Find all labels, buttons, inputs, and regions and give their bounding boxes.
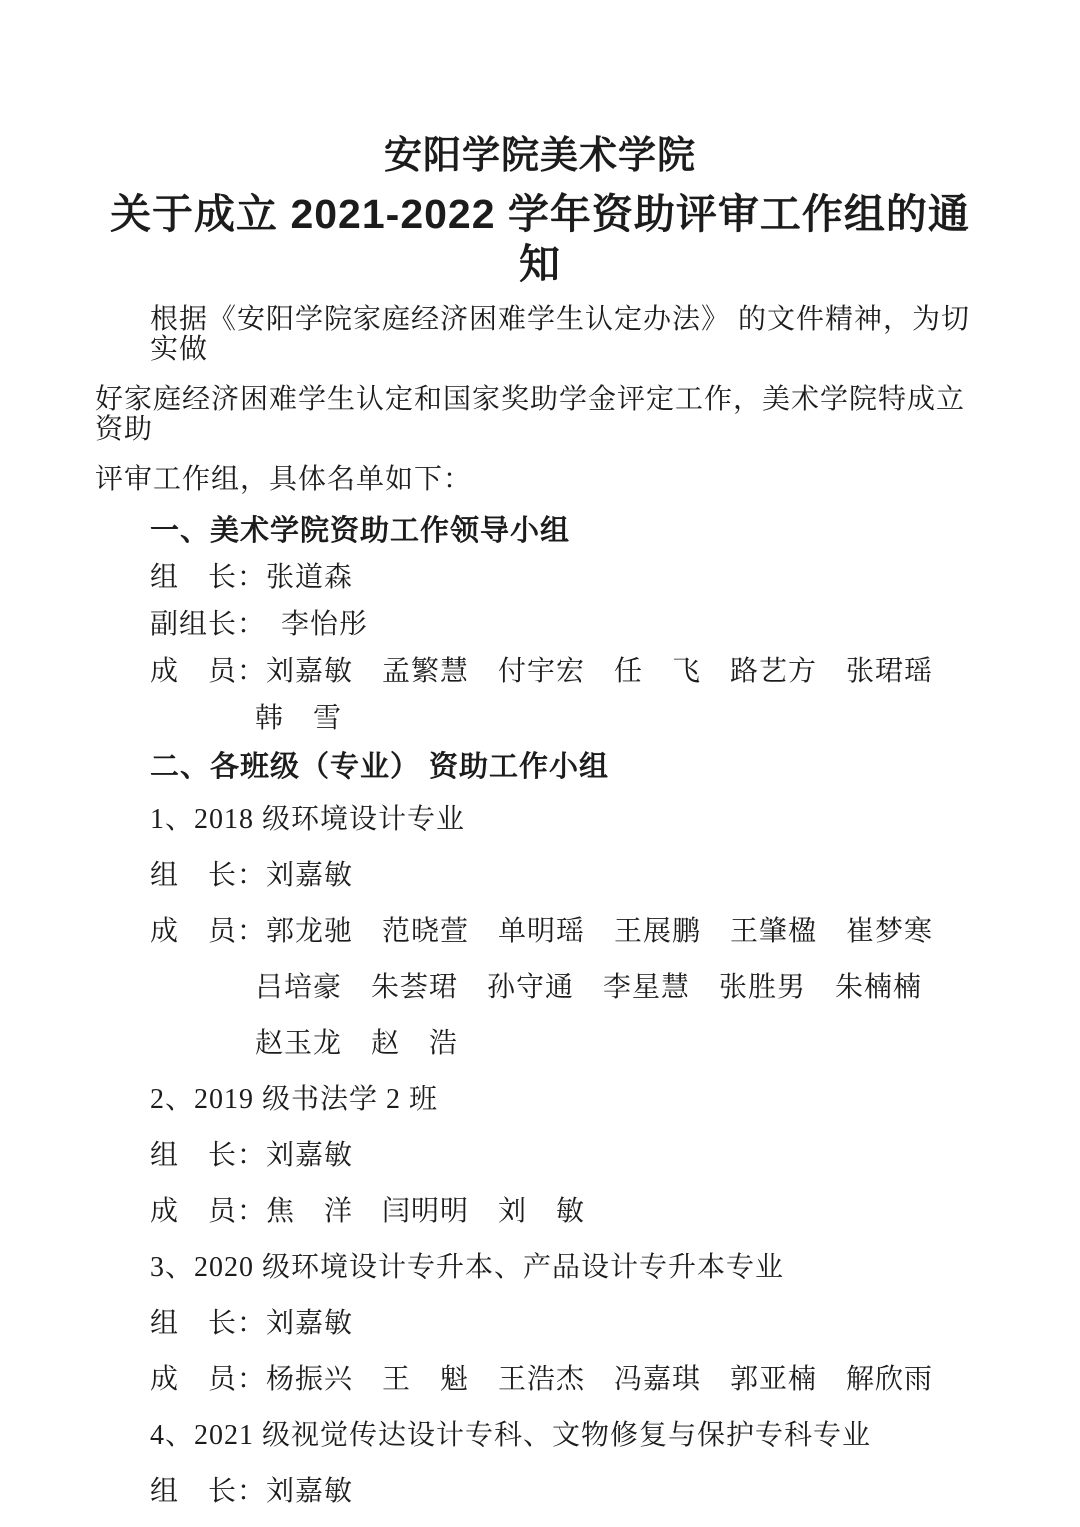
members-label: 成 员： (150, 1196, 266, 1227)
intro-line-1: 根据《安阳学院家庭经济困难学生认定办法》 的文件精神，为切实做 (95, 305, 985, 365)
section-one-heading: 一、美术学院资助工作领导小组 (95, 515, 985, 547)
group-4-leader-row: 组 长：刘嘉敏 (95, 1477, 985, 1507)
group-2-title: 2、2019 级书法学 2 班 (95, 1085, 985, 1115)
document-title-line2: 关于成立 2021-2022 学年资助评审工作组的通知 (95, 189, 985, 289)
leader-name: 刘嘉敏 (266, 1140, 353, 1171)
section-one-deputy-row: 副组长： 李怡彤 (95, 610, 985, 640)
leader-name: 张道森 (266, 562, 353, 593)
leader-name: 刘嘉敏 (266, 860, 353, 891)
members-label: 成 员： (150, 916, 266, 947)
leader-label: 组 长： (150, 860, 266, 891)
section-one-members-row-continued: 韩 雪 (95, 704, 985, 734)
section-one-leader-row: 组 长：张道森 (95, 563, 985, 593)
group-1-leader-row: 组 长：刘嘉敏 (95, 861, 985, 891)
leader-name: 刘嘉敏 (266, 1476, 353, 1507)
members-names: 刘嘉敏 孟繁慧 付宇宏 任 飞 路艺方 张珺瑶 (266, 656, 933, 687)
leader-label: 组 长： (150, 1308, 266, 1339)
deputy-name: 李怡彤 (252, 609, 368, 640)
group-3-leader-row: 组 长：刘嘉敏 (95, 1309, 985, 1339)
members-label: 成 员： (150, 656, 266, 687)
group-3-title: 3、2020 级环境设计专升本、产品设计专升本专业 (95, 1253, 985, 1283)
intro-line-3: 评审工作组，具体名单如下： (95, 465, 985, 495)
members-label: 成 员： (150, 1364, 266, 1395)
members-names: 焦 洋 闫明明 刘 敏 (266, 1196, 585, 1227)
group-4-title: 4、2021 级视觉传达设计专科、文物修复与保护专科专业 (95, 1421, 985, 1451)
leader-label: 组 长： (150, 1140, 266, 1171)
group-1-members-row-continued-2: 赵玉龙 赵 浩 (95, 1029, 985, 1059)
group-1-members-row: 成 员：郭龙驰 范晓萱 单明瑶 王展鹏 王肇楹 崔梦寒 (95, 917, 985, 947)
group-1-title: 1、2018 级环境设计专业 (95, 805, 985, 835)
group-2-members-row: 成 员：焦 洋 闫明明 刘 敏 (95, 1197, 985, 1227)
leader-label: 组 长： (150, 562, 266, 593)
document-page: 安阳学院美术学院 关于成立 2021-2022 学年资助评审工作组的通知 根据《… (0, 0, 1080, 1527)
deputy-label: 副组长： (150, 609, 252, 640)
intro-line-2: 好家庭经济困难学生认定和国家奖助学金评定工作，美术学院特成立资助 (95, 385, 985, 445)
group-1-members-row-continued: 吕培豪 朱荟珺 孙守通 李星慧 张胜男 朱楠楠 (95, 973, 985, 1003)
section-two-heading: 二、各班级（专业） 资助工作小组 (95, 751, 985, 783)
members-names: 杨振兴 王 魁 王浩杰 冯嘉琪 郭亚楠 解欣雨 (266, 1364, 933, 1395)
section-one-members-row: 成 员：刘嘉敏 孟繁慧 付宇宏 任 飞 路艺方 张珺瑶 (95, 657, 985, 687)
leader-name: 刘嘉敏 (266, 1308, 353, 1339)
group-2-leader-row: 组 长：刘嘉敏 (95, 1141, 985, 1171)
members-names: 郭龙驰 范晓萱 单明瑶 王展鹏 王肇楹 崔梦寒 (266, 916, 933, 947)
group-3-members-row: 成 员：杨振兴 王 魁 王浩杰 冯嘉琪 郭亚楠 解欣雨 (95, 1365, 985, 1395)
leader-label: 组 长： (150, 1476, 266, 1507)
document-title-line1: 安阳学院美术学院 (95, 133, 985, 179)
